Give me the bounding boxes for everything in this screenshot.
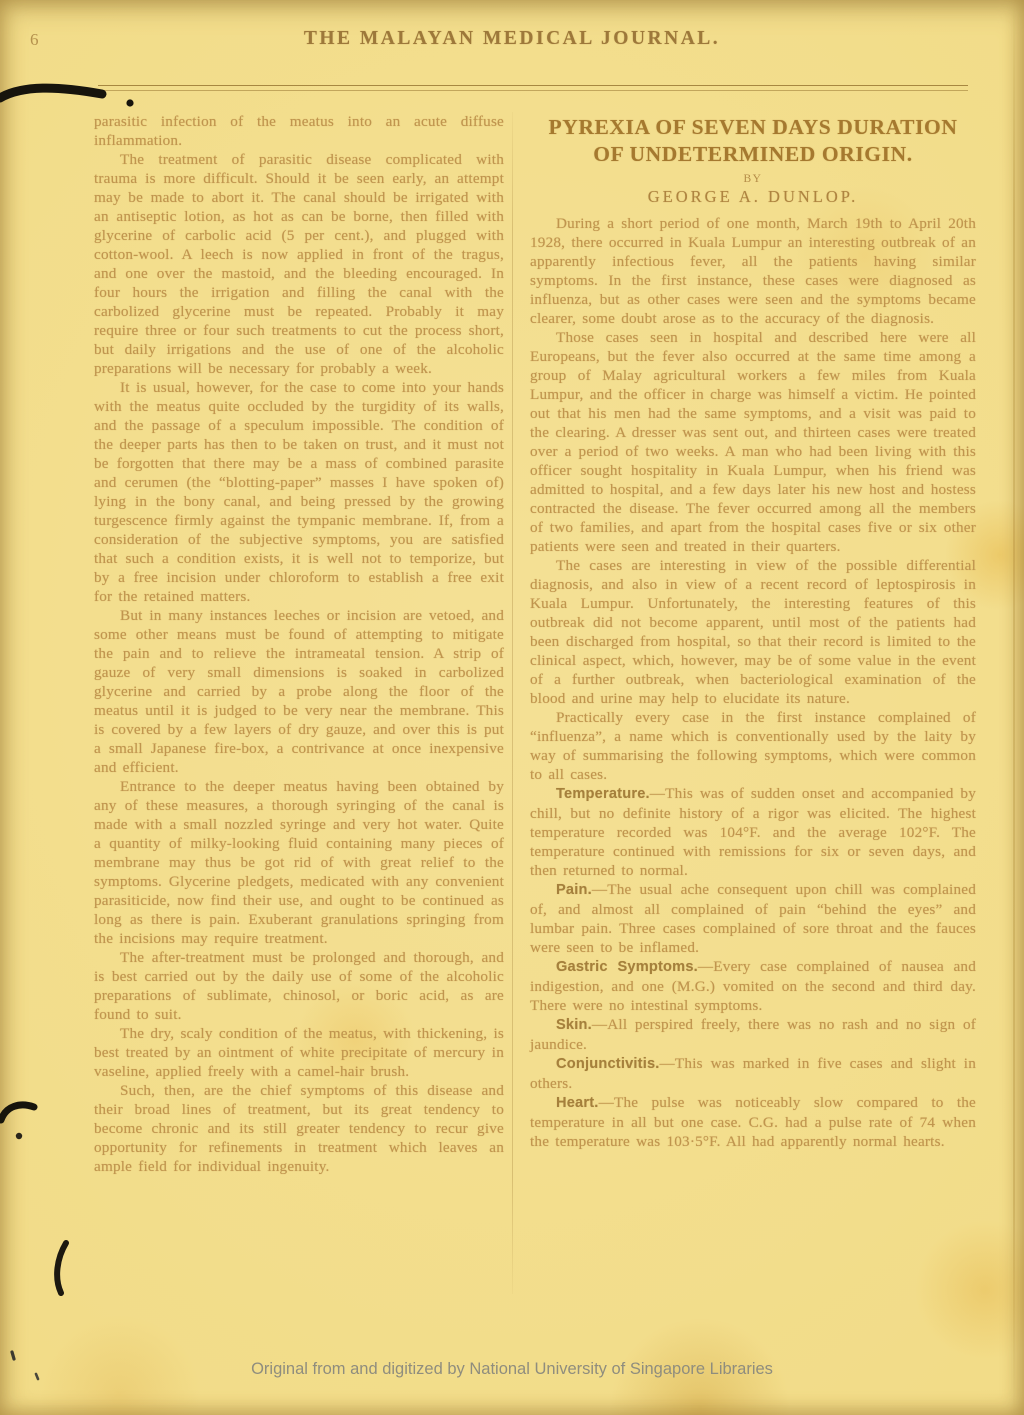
symptom-paragraph: Conjunctivitis.—This was marked in five … — [530, 1054, 976, 1093]
paragraph: The after-treatment must be prolonged an… — [94, 948, 504, 1024]
symptom-heading: Skin. — [556, 1017, 592, 1033]
symptom-paragraph: Skin.—All perspired freely, there was no… — [530, 1015, 976, 1054]
ink-mark — [46, 1240, 82, 1298]
column-divider — [512, 112, 513, 1294]
header-rule — [98, 85, 968, 91]
symptom-paragraph: Gastric Symptoms.—Every case complained … — [530, 957, 976, 1015]
page-edge-crease — [1013, 0, 1015, 1415]
ink-mark — [0, 78, 145, 120]
paragraph: The cases are interesting in view of the… — [530, 556, 976, 708]
symptom-paragraph: Pain.—The usual ache consequent upon chi… — [530, 880, 976, 957]
paragraph: Practically every case in the first inst… — [530, 708, 976, 784]
paragraph: parasitic infection of the meatus into a… — [94, 112, 504, 150]
symptom-text: —The usual ache consequent upon chill wa… — [530, 881, 976, 956]
symptom-heading: Temperature. — [556, 786, 650, 802]
paragraph: The dry, scaly condition of the meatus, … — [94, 1024, 504, 1081]
symptom-heading: Conjunctivitis. — [556, 1056, 660, 1072]
symptom-text: —All perspired freely, there was no rash… — [530, 1016, 976, 1053]
article-author: GEORGE A. DUNLOP. — [530, 187, 976, 207]
paragraph: Entrance to the deeper meatus having bee… — [94, 777, 504, 948]
byline-label: BY — [530, 173, 976, 185]
symptom-heading: Pain. — [556, 882, 592, 898]
digitization-credit: Original from and digitized by National … — [0, 1360, 1024, 1379]
paragraph: Those cases seen in hospital and describ… — [530, 328, 976, 556]
symptom-paragraph: Temperature.—This was of sudden onset an… — [530, 784, 976, 880]
journal-title: THE MALAYAN MEDICAL JOURNAL. — [0, 28, 1024, 50]
paragraph: But in many instances leeches or incisio… — [94, 606, 504, 777]
right-article-column: PYREXIA OF SEVEN DAYS DURATION OF UNDETE… — [530, 112, 976, 1151]
paragraph: It is usual, however, for the case to co… — [94, 378, 504, 606]
paragraph: Such, then, are the chief symptoms of th… — [94, 1081, 504, 1176]
scanned-journal-page: 6 THE MALAYAN MEDICAL JOURNAL. parasitic… — [0, 0, 1024, 1415]
symptom-paragraph: Heart.—The pulse was noticeably slow com… — [530, 1093, 976, 1151]
ink-mark — [0, 1098, 52, 1146]
symptom-heading: Heart. — [556, 1095, 599, 1111]
paragraph: The treatment of parasitic disease compl… — [94, 150, 504, 378]
symptom-heading: Gastric Symptoms. — [556, 959, 698, 975]
left-article-column: parasitic infection of the meatus into a… — [94, 112, 504, 1176]
paragraph: During a short period of one month, Marc… — [530, 214, 976, 328]
article-title: PYREXIA OF SEVEN DAYS DURATION OF UNDETE… — [530, 114, 976, 168]
